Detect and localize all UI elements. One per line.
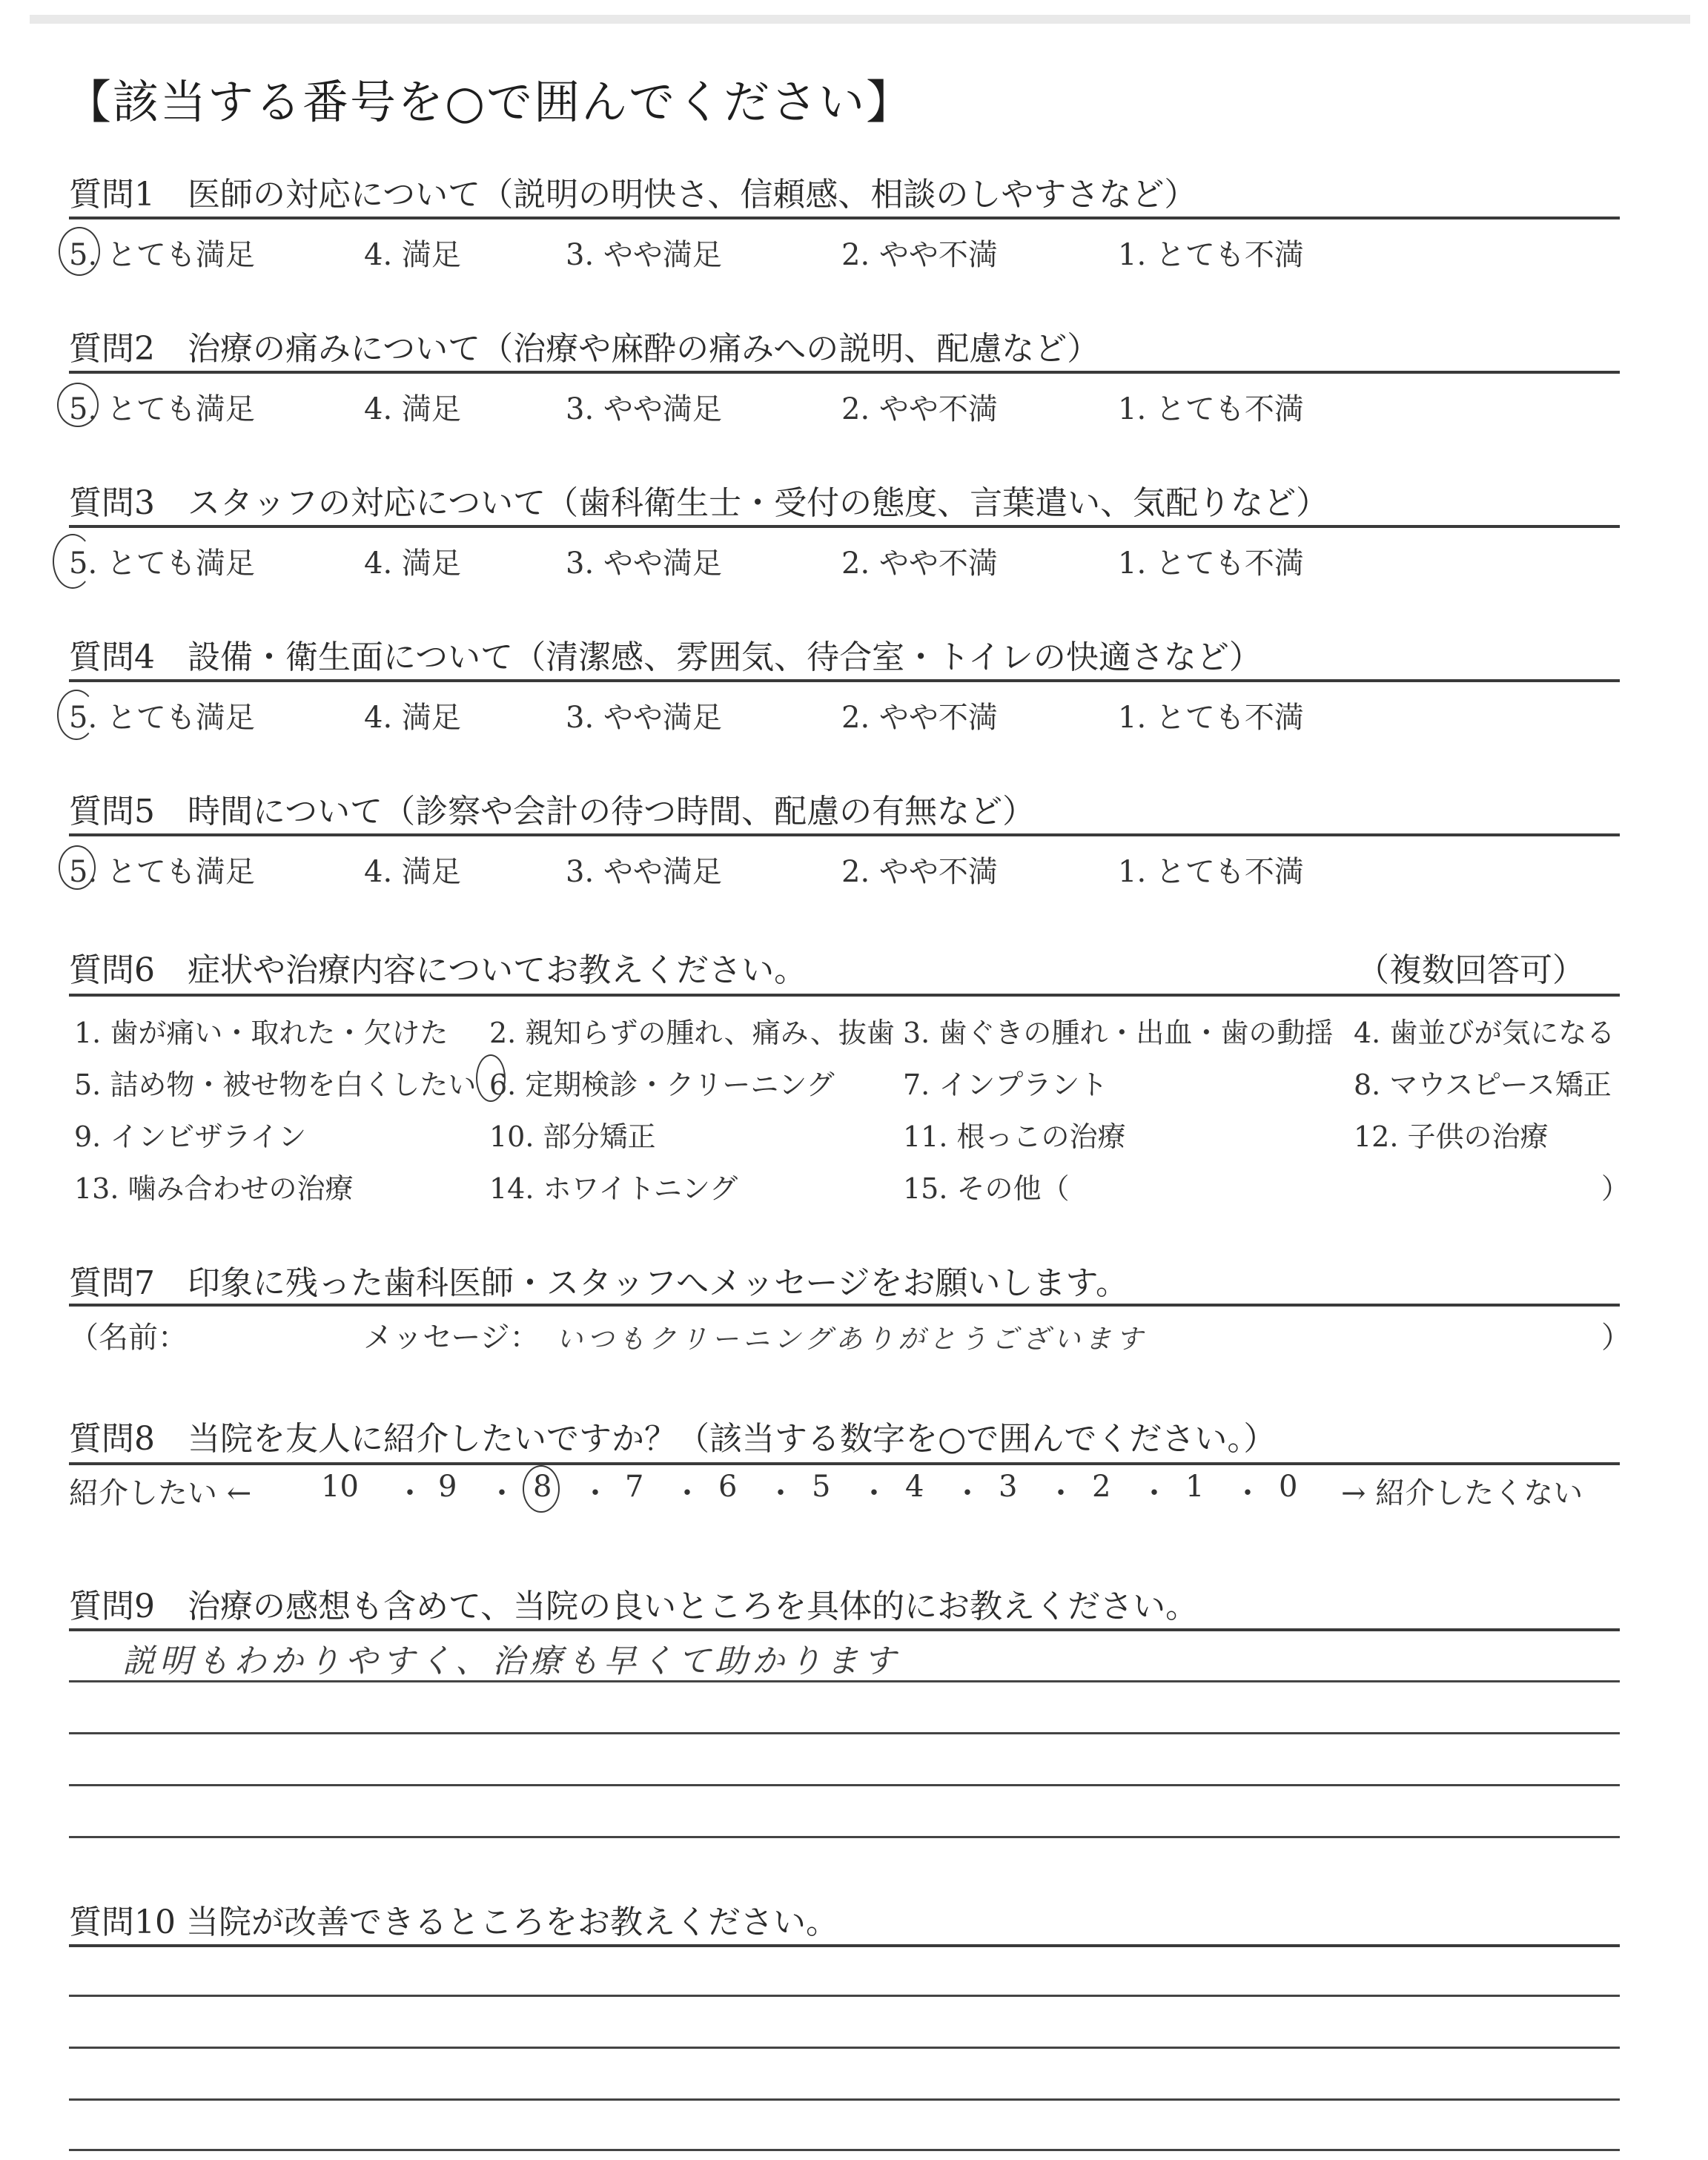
q10-answer-line: [69, 2098, 1620, 2101]
q9-answer-field[interactable]: 説明もわかりやすく、治療も早くて助かります: [122, 1634, 900, 1682]
q7-name-field[interactable]: [222, 1314, 341, 1348]
q2-heading: 質問2 治療の痛みについて（治療や麻酔の痛みへの説明、配慮など）: [69, 322, 1099, 369]
q6-option-5[interactable]: 5. 詰め物・被せ物を白くしたい: [74, 1062, 476, 1103]
q7-close-paren: ）: [1601, 1314, 1631, 1356]
q2-option-1[interactable]: 1. とても不満: [1118, 386, 1304, 428]
q3-option-5[interactable]: 5. とても満足: [69, 540, 255, 582]
q8-heading: 質問8 当院を友人に紹介したいですか？（該当する数字を○で囲んでください。）: [69, 1412, 1276, 1459]
q4-option-2[interactable]: 2. やや不満: [841, 694, 998, 736]
q2-option-4[interactable]: 4. 満足: [364, 386, 461, 428]
q7-heading: 質問7 印象に残った歯科医師・スタッフへメッセージをお願いします。: [69, 1256, 1128, 1304]
q8-separator: ・: [395, 1470, 425, 1512]
q5-heading: 質問5 時間について（診察や会計の待つ時間、配慮の有無など）: [69, 785, 1035, 832]
q8-scale-1[interactable]: 1: [1185, 1470, 1204, 1504]
q8-scale-7[interactable]: 7: [625, 1470, 643, 1504]
q7-rule: [69, 1304, 1620, 1307]
q8-scale-10[interactable]: 10: [321, 1470, 359, 1504]
q7-name-label: （名前：: [69, 1314, 188, 1356]
q10-answer-field[interactable]: [69, 1950, 1620, 1987]
q9-heading: 質問9 治療の感想も含めて、当院の良いところを具体的にお教えください。: [69, 1579, 1198, 1627]
q6-option-10[interactable]: 10. 部分矯正: [489, 1114, 656, 1155]
q8-separator: ・: [953, 1470, 982, 1512]
q8-separator: ・: [580, 1470, 610, 1512]
q4-option-3[interactable]: 3. やや満足: [566, 694, 722, 736]
q6-option-4[interactable]: 4. 歯並びが気になる: [1354, 1010, 1615, 1051]
q8-separator: ・: [1046, 1470, 1076, 1512]
q2-selection-circle: [57, 383, 99, 427]
q8-scale-6[interactable]: 6: [718, 1470, 737, 1504]
q4-option-4[interactable]: 4. 満足: [364, 694, 461, 736]
q8-scale-3[interactable]: 3: [999, 1470, 1017, 1504]
q8-separator: ・: [859, 1470, 889, 1512]
q5-option-1[interactable]: 1. とても不満: [1118, 848, 1304, 891]
q1-option-2[interactable]: 2. やや不満: [841, 231, 998, 274]
q5-selection-circle: [59, 845, 96, 890]
q7-message-field[interactable]: いつもクリーニングありがとうございます: [556, 1318, 1147, 1356]
q4-rule: [69, 679, 1620, 682]
q1-heading: 質問1 医師の対応について（説明の明快さ、信頼感、相談のしやすさなど）: [69, 168, 1196, 215]
q3-option-1[interactable]: 1. とても不満: [1118, 540, 1304, 582]
q6-option-6[interactable]: 6. 定期検診・クリーニング: [489, 1062, 835, 1103]
q3-heading: 質問3 スタッフの対応について（歯科衛生士・受付の態度、言葉遣い、気配りなど）: [69, 476, 1328, 524]
q4-option-5[interactable]: 5. とても満足: [69, 694, 255, 736]
q8-scale-9[interactable]: 9: [438, 1470, 457, 1504]
q8-separator: ・: [1139, 1470, 1169, 1512]
q10-answer-line: [69, 2149, 1620, 2151]
q1-rule: [69, 217, 1620, 219]
q7-message-label: メッセージ：: [363, 1314, 540, 1356]
q6-option-13[interactable]: 13. 噛み合わせの治療: [74, 1166, 354, 1206]
q8-left-label: 紹介したい ←: [69, 1470, 251, 1512]
q6-selection-circle: [476, 1054, 506, 1102]
q6-option-9[interactable]: 9. インビザライン: [74, 1114, 306, 1155]
q4-selection-circle: [57, 690, 96, 740]
q5-rule: [69, 833, 1620, 836]
q9-answer-line: [69, 1680, 1620, 1682]
q6-option-11[interactable]: 11. 根っこの治療: [903, 1114, 1126, 1155]
q3-option-4[interactable]: 4. 満足: [364, 540, 461, 582]
q8-scale-5[interactable]: 5: [812, 1470, 830, 1504]
q8-separator: ・: [766, 1470, 795, 1512]
q4-heading: 質問4 設備・衛生面について（清潔感、雰囲気、待合室・トイレの快適さなど）: [69, 630, 1262, 678]
q6-heading: 質問6 症状や治療内容についてお教えください。: [69, 943, 807, 991]
q9-rule: [69, 1628, 1620, 1631]
q2-option-2[interactable]: 2. やや不満: [841, 386, 998, 428]
q5-option-3[interactable]: 3. やや満足: [566, 848, 722, 891]
q8-selection-circle: [523, 1465, 560, 1513]
q5-option-2[interactable]: 2. やや不満: [841, 848, 998, 891]
q4-option-1[interactable]: 1. とても不満: [1118, 694, 1304, 736]
q9-answer-line: [69, 1784, 1620, 1786]
q8-separator: ・: [1233, 1470, 1262, 1512]
q3-option-2[interactable]: 2. やや不満: [841, 540, 998, 582]
q6-option-8[interactable]: 8. マウスピース矯正: [1354, 1062, 1612, 1103]
q9-answer-line: [69, 1732, 1620, 1734]
q3-option-3[interactable]: 3. やや満足: [566, 540, 722, 582]
q6-option-3[interactable]: 3. 歯ぐきの腫れ・出血・歯の動揺: [903, 1010, 1333, 1051]
q6-option-1[interactable]: 1. 歯が痛い・取れた・欠けた: [74, 1010, 448, 1051]
q10-rule: [69, 1944, 1620, 1947]
q5-option-5[interactable]: 5. とても満足: [69, 848, 255, 891]
q8-rule: [69, 1462, 1620, 1465]
q6-multiple-answer-note: （複数回答可）: [1357, 943, 1585, 991]
q8-recommend-scale: 紹介したい ← 10 ・ 9 ・ 8 ・ 7 ・ 6 ・ 5 ・ 4 ・ 3 ・…: [69, 1470, 1626, 1514]
q10-heading: 質問10 当院が改善できるところをお教えください。: [69, 1895, 838, 1943]
q1-option-1[interactable]: 1. とても不満: [1118, 231, 1304, 274]
q6-option-14[interactable]: 14. ホワイトニング: [489, 1166, 738, 1206]
q6-option-12[interactable]: 12. 子供の治療: [1354, 1114, 1549, 1155]
q1-option-4[interactable]: 4. 満足: [364, 231, 461, 274]
q10-answer-line: [69, 2047, 1620, 2049]
q10-answer-line: [69, 1995, 1620, 1997]
q8-separator: ・: [487, 1470, 517, 1512]
q6-option-2[interactable]: 2. 親知らずの腫れ、痛み、抜歯: [489, 1010, 895, 1051]
q3-selection-circle: [53, 534, 93, 589]
q8-scale-4[interactable]: 4: [905, 1470, 924, 1504]
q5-option-4[interactable]: 4. 満足: [364, 848, 461, 891]
q8-right-label: → 紹介したくない: [1341, 1470, 1583, 1512]
q8-scale-0[interactable]: 0: [1279, 1470, 1297, 1504]
q6-option-7[interactable]: 7. インプラント: [903, 1062, 1108, 1103]
q3-rule: [69, 525, 1620, 528]
q6-other-close-paren: ）: [1601, 1166, 1629, 1206]
q8-separator: ・: [672, 1470, 702, 1512]
q6-rule: [69, 994, 1620, 997]
q1-option-3[interactable]: 3. やや満足: [566, 231, 722, 274]
scan-edge: [30, 15, 1690, 24]
q9-answer-line: [69, 1836, 1620, 1838]
q8-scale-2[interactable]: 2: [1092, 1470, 1110, 1504]
q2-option-3[interactable]: 3. やや満足: [566, 386, 722, 428]
q1-selection-circle: [59, 227, 100, 276]
q6-option-15[interactable]: 15. その他（: [903, 1166, 1070, 1206]
q2-rule: [69, 371, 1620, 374]
form-title: 【該当する番号を○で囲んでください】: [65, 65, 913, 131]
